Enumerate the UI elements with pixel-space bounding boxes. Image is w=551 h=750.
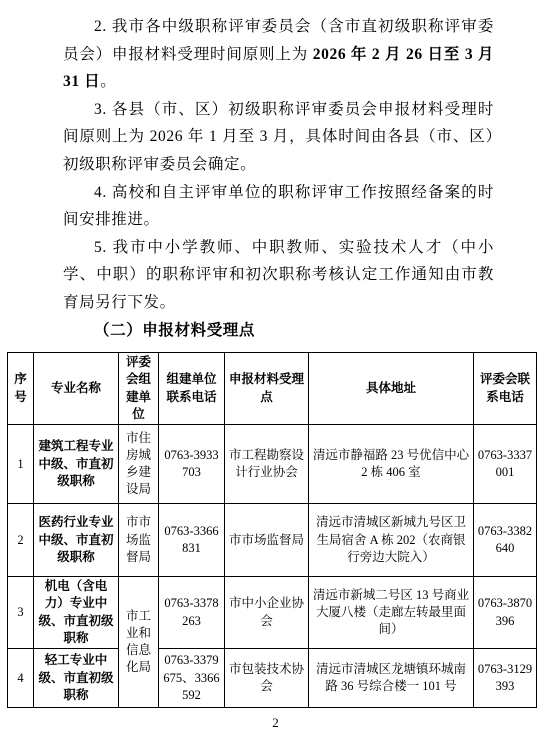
cell-serial-no: 3 — [8, 577, 34, 649]
cell-acceptance-point: 市包装技术协会 — [225, 649, 309, 708]
cell-serial-no: 2 — [8, 504, 34, 577]
table-row: 1 建筑工程专业中级、市直初级职称 市住房城乡建设局 0763-3933703 … — [8, 425, 537, 504]
table-row: 2 医药行业专业中级、市直初级职称 市市场监督局 0763-3366831 市市… — [8, 504, 537, 577]
cell-org-phone: 0763-3379675、3366592 — [159, 649, 225, 708]
paragraph-5: 5. 我市中小学教师、中职教师、实验技术人才（中小学、中职）的职称评审和初次职称… — [63, 234, 494, 317]
col-header-committee-phone: 评委会联系电话 — [474, 353, 537, 425]
col-header-committee-org: 评委会组建单位 — [119, 353, 159, 425]
document-page: 2. 我市各中级职称评审委员会（含市直初级职称评审委员会）申报材料受理时间原则上… — [0, 0, 551, 750]
col-header-org-phone: 组建单位联系电话 — [159, 353, 225, 425]
cell-committee-org-merged: 市工业和信息化局 — [119, 577, 159, 708]
cell-acceptance-point: 市中小企业协会 — [225, 577, 309, 649]
paragraph-2: 2. 我市各中级职称评审委员会（含市直初级职称评审委员会）申报材料受理时间原则上… — [63, 13, 494, 96]
cell-committee-phone: 0763-3870396 — [474, 577, 537, 649]
cell-committee-org: 市市场监督局 — [119, 504, 159, 577]
cell-major-name: 医药行业专业中级、市直初级职称 — [34, 504, 119, 577]
cell-org-phone: 0763-3378263 — [159, 577, 225, 649]
cell-serial-no: 4 — [8, 649, 34, 708]
cell-major-name: 轻工专业中级、市直初级职称 — [34, 649, 119, 708]
cell-committee-phone: 0763-3129393 — [474, 649, 537, 708]
col-header-address: 具体地址 — [309, 353, 474, 425]
cell-acceptance-point: 市市场监督局 — [225, 504, 309, 577]
cell-address: 清远市静福路 23 号优信中心 2 栋 406 室 — [309, 425, 474, 504]
table-header-row: 序号 专业名称 评委会组建单位 组建单位联系电话 申报材料受理点 具体地址 评委… — [8, 353, 537, 425]
col-header-acceptance-point: 申报材料受理点 — [225, 353, 309, 425]
paragraph-4: 4. 高校和自主评审单位的职称评审工作按照经备案的时间安排推进。 — [63, 179, 494, 234]
table-row: 4 轻工专业中级、市直初级职称 0763-3379675、3366592 市包装… — [8, 649, 537, 708]
cell-committee-phone: 0763-3337001 — [474, 425, 537, 504]
cell-org-phone: 0763-3933703 — [159, 425, 225, 504]
cell-major-name: 机电（含电力）专业中级、市直初级职称 — [34, 577, 119, 649]
cell-committee-phone: 0763-3382640 — [474, 504, 537, 577]
cell-org-phone: 0763-3366831 — [159, 504, 225, 577]
cell-serial-no: 1 — [8, 425, 34, 504]
cell-address: 清远市新城二号区 13 号商业大厦八楼（走廊左转最里面间） — [309, 577, 474, 649]
paragraph-3: 3. 各县（市、区）初级职称评审委员会申报材料受理时间原则上为 2026 年 1… — [63, 96, 494, 179]
paragraph-2-tail: 。 — [100, 73, 116, 90]
section-heading: （二）申报材料受理点 — [63, 317, 494, 345]
cell-committee-org: 市住房城乡建设局 — [119, 425, 159, 504]
cell-major-name: 建筑工程专业中级、市直初级职称 — [34, 425, 119, 504]
body-text: 2. 我市各中级职称评审委员会（含市直初级职称评审委员会）申报材料受理时间原则上… — [0, 0, 551, 344]
cell-acceptance-point: 市工程勘察设计行业协会 — [225, 425, 309, 504]
col-header-major-name: 专业名称 — [34, 353, 119, 425]
cell-address: 清远市清城区新城九号区卫生局宿舍 A 栋 202（农商银行旁边大院入） — [309, 504, 474, 577]
cell-address: 清远市清城区龙塘镇环城南路 36 号综合楼一 101 号 — [309, 649, 474, 708]
acceptance-points-table: 序号 专业名称 评委会组建单位 组建单位联系电话 申报材料受理点 具体地址 评委… — [7, 352, 537, 708]
page-number: 2 — [0, 715, 551, 731]
col-header-serial-no: 序号 — [8, 353, 34, 425]
table-row: 3 机电（含电力）专业中级、市直初级职称 市工业和信息化局 0763-33782… — [8, 577, 537, 649]
